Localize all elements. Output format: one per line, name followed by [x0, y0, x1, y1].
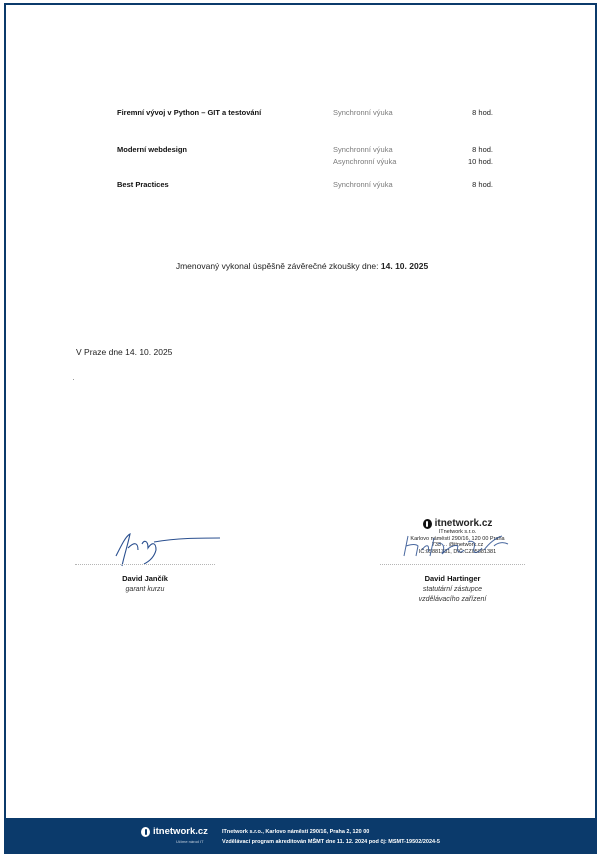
signer-role: vzdělávacího zařízení: [380, 595, 525, 605]
course-type: Asynchronní výuka: [333, 157, 396, 167]
stamp-logo: itnetwork.cz: [395, 518, 520, 529]
signature-line: [75, 564, 215, 565]
course-hours: 8 hod.: [472, 145, 493, 155]
course-name: Best Practices: [117, 180, 169, 190]
exam-date: 14. 10. 2025: [381, 261, 428, 271]
footer-band: itnetwork.cz Učíme národ IT ITnetwork s.…: [4, 818, 597, 854]
course-type: Synchronní výuka: [333, 108, 393, 118]
place-date: V Praze dne 14. 10. 2025: [76, 347, 172, 357]
footer-text: ITnetwork s.r.o., Karlovo náměstí 290/16…: [222, 827, 440, 847]
course-hours: 8 hod.: [472, 108, 493, 118]
footer-logo: itnetwork.cz: [141, 826, 208, 837]
course-name: Firemní vývoj v Python – GIT a testování: [117, 108, 261, 118]
course-type: Synchronní výuka: [333, 180, 393, 190]
exam-statement: Jmenovaný vykonal úspěšně závěrečné zkou…: [0, 261, 604, 271]
signer-role: statutární zástupce: [380, 585, 525, 595]
signer-role: garant kurzu: [75, 585, 215, 595]
course-name: Moderní webdesign: [117, 145, 187, 155]
signer-name: David Jančík: [75, 574, 215, 583]
itnetwork-logo-icon: [141, 827, 150, 837]
stamp-logo-text: itnetwork.cz: [435, 518, 493, 529]
itnetwork-logo-icon: [423, 519, 432, 529]
course-hours: 8 hod.: [472, 180, 493, 190]
stray-dot: [73, 379, 74, 380]
course-type: Synchronní výuka: [333, 145, 393, 155]
course-hours: 10 hod.: [468, 157, 493, 167]
footer-slogan: Učíme národ IT: [176, 839, 204, 844]
signature-line: [380, 564, 525, 565]
signer-name: David Hartinger: [380, 574, 525, 583]
exam-text: Jmenovaný vykonal úspěšně závěrečné zkou…: [176, 261, 379, 271]
certificate-page: [4, 3, 597, 852]
footer-address: ITnetwork s.r.o., Karlovo náměstí 290/16…: [222, 827, 440, 837]
footer-accreditation: Vzdělávací program akreditován MŠMT dne …: [222, 837, 440, 847]
signature-hartinger-icon: [398, 530, 518, 560]
footer-logo-text: itnetwork.cz: [153, 826, 208, 837]
